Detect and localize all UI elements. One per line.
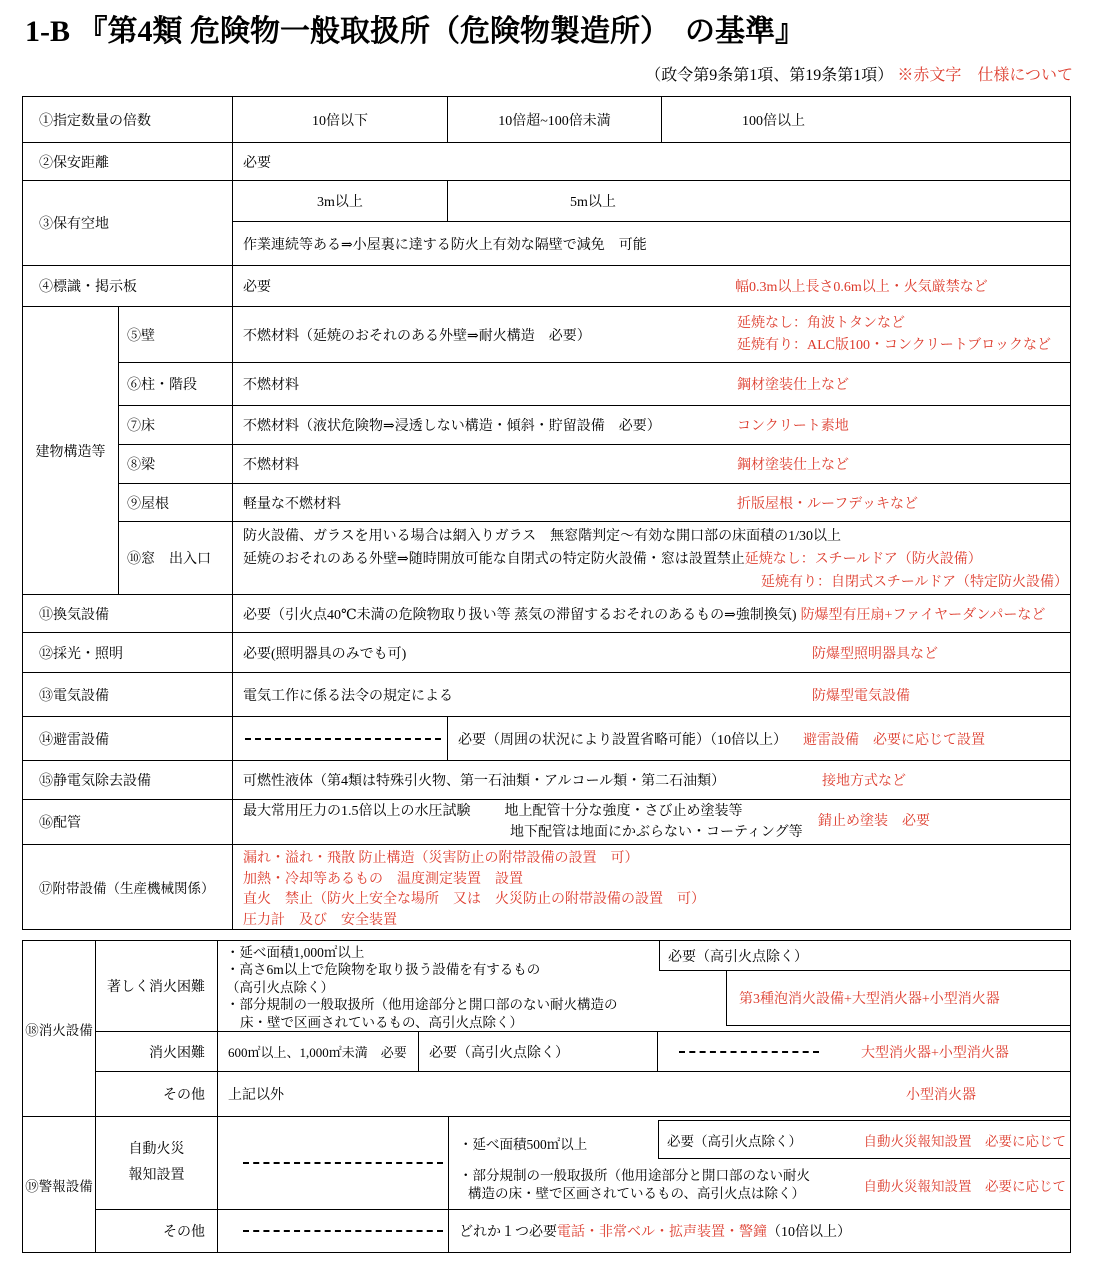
row-open-space: ③保有空地 3m以上 5m以上 作業連続等ある⇒小屋裏に達する防火上有効な隔壁で… <box>23 180 1070 265</box>
red-spec: 折版屋根・ルーフデッキなど <box>737 493 918 513</box>
row-other-alarm: その他 どれか１つ必要 電話・非常ベル・拡声装置・警鐘 （10倍以上） <box>96 1209 1070 1252</box>
black-text: 可燃性液体（第4類は特殊引火物、第一石油類・アルコール類・第二石油類） <box>233 770 725 790</box>
red-spec: 接地方式など <box>822 770 906 790</box>
row-other-extinguisher: その他 上記以外 小型消火器 <box>96 1071 1070 1116</box>
cell-need: 必要（高引火点除く） <box>419 1032 658 1071</box>
row-auto-fire-alarm: 自動火災 報知設置 必要（高引火点除く） 自動火災報知設置 必要に応じて ・延べ… <box>96 1117 1070 1209</box>
cell-content: 防火設備、ガラスを用いる場合は網入りガラス 無窓階判定～有効な開口部の床面積の1… <box>233 522 1070 594</box>
red-spec: 大型消火器+小型消火器 <box>861 1042 1009 1062</box>
page: 1-B 『第4類 危険物一般取扱所（危険物製造所） の基準』 （政令第9条第1項… <box>0 0 1096 1274</box>
row-label: 消火困難 <box>96 1032 218 1071</box>
cell-note: 作業連続等ある⇒小屋裏に達する防火上有効な隔壁で減免 可能 <box>233 222 1070 265</box>
condition-2: ・部分規制の一般取扱所（他用途部分と開口部のない耐火 構造の床・壁で区画されてい… <box>459 1167 1070 1203</box>
line3-red: 延焼有り：自閉式スチールドア（特定防火設備） <box>243 571 1068 594</box>
black-text: ・部分規制の一般取扱所（他用途部分と開口部のない耐火 構造の床・壁で区画されてい… <box>459 1167 810 1203</box>
row-signboard: ④標識・掲示板 必要 幅0.3m以上長さ0.6m以上・火気厳禁など <box>23 265 1070 306</box>
black-text: 上記以外 <box>218 1084 284 1104</box>
cell-content: 電気工作に係る法令の規定による 防爆型電気設備 <box>233 673 1070 716</box>
red-spec: コンクリート素地 <box>737 415 849 435</box>
row-label: 著しく消火困難 <box>96 941 218 1031</box>
cell-content: 不燃材料 鋼材塗装仕上など <box>233 445 1070 483</box>
row-window-door: ⑩窓 出入口 防火設備、ガラスを用いる場合は網入りガラス 無窓階判定～有効な開口… <box>119 521 1070 594</box>
red-spec: 自動火災報知設置 必要に応じて <box>864 1175 1071 1195</box>
black-text: 電気工作に係る法令の規定による <box>233 685 453 705</box>
dashed-line <box>243 1162 443 1164</box>
cell-content: 必要（周囲の状況により設置省略可能）（10倍以上） 避雷設備 必要に応じて設置 <box>448 717 1070 760</box>
standards-table: ①指定数量の倍数 10倍以下 10倍超~100倍未満 100倍以上 ②保安距離 … <box>22 96 1071 930</box>
row-label: ④標識・掲示板 <box>23 266 233 306</box>
cell-dashed <box>218 1210 449 1252</box>
fire-alarm-table: ⑱消火設備 著しく消火困難 ・延べ面積1,000㎡以上 ・高さ6m以上で危険物を… <box>22 940 1071 1253</box>
row-label: ⑯配管 <box>23 800 233 844</box>
row-label: その他 <box>96 1210 218 1252</box>
row-label: ⑦床 <box>119 406 233 444</box>
open-space-widths: 3m以上 5m以上 <box>233 181 1070 221</box>
subtitle-law-reference: （政令第9条第1項、第19条第1項） <box>645 67 893 84</box>
black-text: 不燃材料（延焼のおそれのある外壁⇒耐火構造 必要） <box>233 325 591 345</box>
row-ventilation: ⑪換気設備 必要（引火点40℃未満の危険物取り扱い等 蒸気の滞留するおそれのある… <box>23 594 1070 632</box>
row-label: ⑬電気設備 <box>23 673 233 716</box>
black-text: 必要（周囲の状況により設置省略可能）（10倍以上） <box>458 729 787 749</box>
black-text: 不燃材料 <box>233 454 299 474</box>
cell-dashed <box>233 717 448 760</box>
cell-content: 必要（引火点40℃未満の危険物取り扱い等 蒸気の滞留するおそれのあるもの⇒強制換… <box>233 595 1070 632</box>
line1: 防火設備、ガラスを用いる場合は網入りガラス 無窓階判定～有効な開口部の床面積の1… <box>243 525 1068 548</box>
row-label: ⑥柱・階段 <box>119 363 233 405</box>
cell-content: どれか１つ必要 電話・非常ベル・拡声装置・警鐘 （10倍以上） <box>449 1210 1070 1252</box>
cell-content: 必要 幅0.3m以上長さ0.6m以上・火気厳禁など <box>233 266 1070 306</box>
row-roof: ⑨屋根 軽量な不燃材料 折版屋根・ルーフデッキなど <box>119 483 1070 521</box>
row-label: ⑨屋根 <box>119 484 233 521</box>
row-label: ③保有空地 <box>23 181 233 265</box>
black-text: 必要（引火点40℃未満の危険物取り扱い等 蒸気の滞留するおそれのあるもの⇒強制換… <box>243 604 797 624</box>
cell-content: 不燃材料（液状危険物⇒浸透しない構造・傾斜・貯留設備 必要） コンクリート素地 <box>233 406 1070 444</box>
row-lighting: ⑫採光・照明 必要(照明器具のみでも可) 防爆型照明器具など <box>23 632 1070 672</box>
row-label: ⑮静電気除去設備 <box>23 761 233 799</box>
row-label: ⑰附帯設備（生産機械関係） <box>23 845 233 929</box>
fire-extinguishing-group: ⑱消火設備 著しく消火困難 ・延べ面積1,000㎡以上 ・高さ6m以上で危険物を… <box>23 941 1070 1116</box>
cell-under-10x: 10倍以下 <box>233 97 448 142</box>
red-spec: 延焼なし：角波トタンなど 延焼有り：ALC版100・コンクリートブロックなど <box>737 313 1051 357</box>
cell-requirement: 必要（高引火点除く） 第3種泡消火設備+大型消火器+小型消火器 <box>659 941 1070 1031</box>
cell-content: 可燃性液体（第4類は特殊引火物、第一石油類・アルコール類・第二石油類） 接地方式… <box>233 761 1070 799</box>
row-label: ⑤壁 <box>119 307 233 362</box>
black-text: 不燃材料（液状危険物⇒浸透しない構造・傾斜・貯留設備 必要） <box>233 415 661 435</box>
red-spec: 鋼材塗装仕上など <box>737 374 849 394</box>
row-label: ⑭避雷設備 <box>23 717 233 760</box>
row-beam: ⑧梁 不燃材料 鋼材塗装仕上など <box>119 444 1070 483</box>
cell-equipment: 大型消火器+小型消火器 <box>658 1032 1070 1071</box>
row-safety-distance: ②保安距離 必要 <box>23 142 1070 180</box>
red-spec: 錆止め塗装 必要 <box>818 812 930 833</box>
cell-required: 必要 <box>233 143 1070 180</box>
building-structure-group: 建物構造等 ⑤壁 不燃材料（延焼のおそれのある外壁⇒耐火構造 必要） 延焼なし：… <box>23 306 1070 594</box>
subtitle-red-note: ※赤文字 仕様について <box>897 67 1073 84</box>
cell-conditions: ・延べ面積1,000㎡以上 ・高さ6m以上で危険物を取り扱う設備を有するもの （… <box>218 941 659 1031</box>
alarm-equipment-group: ⑲警報設備 自動火災 報知設置 必要（高引火点除く） <box>23 1116 1070 1252</box>
red-spec: 防爆型有圧扇+ファイヤーダンパーなど <box>801 604 1046 624</box>
cell-content: 最大常用圧力の1.5倍以上の水圧試験地上配管十分な強度・さび止め塗装等 地下配管… <box>233 800 1070 844</box>
cell-5m: 5m以上 <box>448 181 1070 221</box>
cell-3m: 3m以上 <box>233 181 448 221</box>
row-wall: ⑤壁 不燃材料（延焼のおそれのある外壁⇒耐火構造 必要） 延焼なし：角波トタンな… <box>119 307 1070 362</box>
line2: 延焼のおそれのある外壁⇒随時開放可能な自閉式の特定防火設備・窓は設置禁止延焼なし… <box>243 548 1068 571</box>
row-lightning-rod: ⑭避雷設備 必要（周囲の状況により設置省略可能）（10倍以上） 避雷設備 必要に… <box>23 716 1070 760</box>
red-spec: 第3種泡消火設備+大型消火器+小型消火器 <box>726 970 1070 1026</box>
line1: 最大常用圧力の1.5倍以上の水圧試験地上配管十分な強度・さび止め塗装等 <box>243 802 1070 823</box>
row-label: ⑪換気設備 <box>23 595 233 632</box>
step-border <box>659 970 726 971</box>
cell-content: 必要（高引火点除く） 自動火災報知設置 必要に応じて ・延べ面積500㎡以上 ・… <box>449 1117 1070 1209</box>
black-text: 必要 <box>233 276 271 296</box>
open-space-note: 作業連続等ある⇒小屋裏に達する防火上有効な隔壁で減免 可能 <box>233 221 1070 265</box>
need-cell: 必要（高引火点除く） <box>659 941 1070 970</box>
row-quantity-multiple: ①指定数量の倍数 10倍以下 10倍超~100倍未満 100倍以上 <box>23 97 1070 142</box>
cell-content: 不燃材料 鋼材塗装仕上など <box>233 363 1070 405</box>
group-label: ⑲警報設備 <box>23 1117 96 1252</box>
cell-content: 漏れ・溢れ・飛散 防止構造（災害防止の附帯設備の設置 可） 加熱・冷却等あるもの… <box>233 845 1070 929</box>
red-spec: 幅0.3m以上長さ0.6m以上・火気厳禁など <box>735 276 988 296</box>
cell-dashed <box>218 1117 449 1209</box>
row-floor: ⑦床 不燃材料（液状危険物⇒浸透しない構造・傾斜・貯留設備 必要） コンクリート… <box>119 405 1070 444</box>
subtitle: （政令第9条第1項、第19条第1項） ※赤文字 仕様について <box>645 62 1073 85</box>
row-label: ⑧梁 <box>119 445 233 483</box>
row-label: ⑩窓 出入口 <box>119 522 233 594</box>
row-label: その他 <box>96 1072 218 1116</box>
red-spec: 小型消火器 <box>906 1084 976 1104</box>
row-pillar-stairs: ⑥柱・階段 不燃材料 鋼材塗装仕上など <box>119 362 1070 405</box>
row-label: ①指定数量の倍数 <box>23 97 233 142</box>
line2: 地下配管は地面にかぶらない・コーティング等 <box>243 823 1070 844</box>
red-spec: 避雷設備 必要に応じて設置 <box>803 729 985 749</box>
need-cell: 必要（高引火点除く） 自動火災報知設置 必要に応じて <box>658 1120 1070 1159</box>
row-ancillary-equipment: ⑰附帯設備（生産機械関係） 漏れ・溢れ・飛散 防止構造（災害防止の附帯設備の設置… <box>23 844 1070 929</box>
group-label: 建物構造等 <box>23 307 119 594</box>
cell-content: 不燃材料（延焼のおそれのある外壁⇒耐火構造 必要） 延焼なし：角波トタンなど 延… <box>233 307 1070 362</box>
row-label: ②保安距離 <box>23 143 233 180</box>
row-extremely-difficult: 著しく消火困難 ・延べ面積1,000㎡以上 ・高さ6m以上で危険物を取り扱う設備… <box>96 941 1070 1031</box>
dashed-line <box>243 1230 443 1232</box>
row-difficult: 消火困難 600㎡以上、1,000㎡未満 必要 必要（高引火点除く） 大型消火器… <box>96 1031 1070 1071</box>
row-static-electricity: ⑮静電気除去設備 可燃性液体（第4類は特殊引火物、第一石油類・アルコール類・第二… <box>23 760 1070 799</box>
cell-over-100x: 100倍以上 <box>662 97 1070 142</box>
cell-10-100x: 10倍超~100倍未満 <box>448 97 662 142</box>
red-spec: 防爆型照明器具など <box>812 643 938 663</box>
row-label: ⑫採光・照明 <box>23 633 233 672</box>
group-label: ⑱消火設備 <box>23 941 96 1116</box>
black-text: 軽量な不燃材料 <box>233 493 341 513</box>
condition-1: ・延べ面積500㎡以上 <box>459 1133 587 1153</box>
red-spec: 鋼材塗装仕上など <box>737 454 849 474</box>
red-spec: 防爆型電気設備 <box>812 685 910 705</box>
cell-content: 軽量な不燃材料 折版屋根・ルーフデッキなど <box>233 484 1070 521</box>
row-piping: ⑯配管 最大常用圧力の1.5倍以上の水圧試験地上配管十分な強度・さび止め塗装等 … <box>23 799 1070 844</box>
black-text: 不燃材料 <box>233 374 299 394</box>
black-text: 必要(照明器具のみでも可) <box>233 643 406 663</box>
dashed-line <box>679 1051 819 1053</box>
cell-content: 上記以外 小型消火器 <box>218 1072 1070 1116</box>
row-label: 自動火災 報知設置 <box>96 1117 218 1209</box>
page-title: 1-B 『第4類 危険物一般取扱所（危険物製造所） の基準』 <box>25 6 805 50</box>
cell-content: 必要(照明器具のみでも可) 防爆型照明器具など <box>233 633 1070 672</box>
dashed-line <box>245 738 441 740</box>
row-electrical: ⑬電気設備 電気工作に係る法令の規定による 防爆型電気設備 <box>23 672 1070 716</box>
cell-area: 600㎡以上、1,000㎡未満 必要 <box>218 1032 419 1071</box>
